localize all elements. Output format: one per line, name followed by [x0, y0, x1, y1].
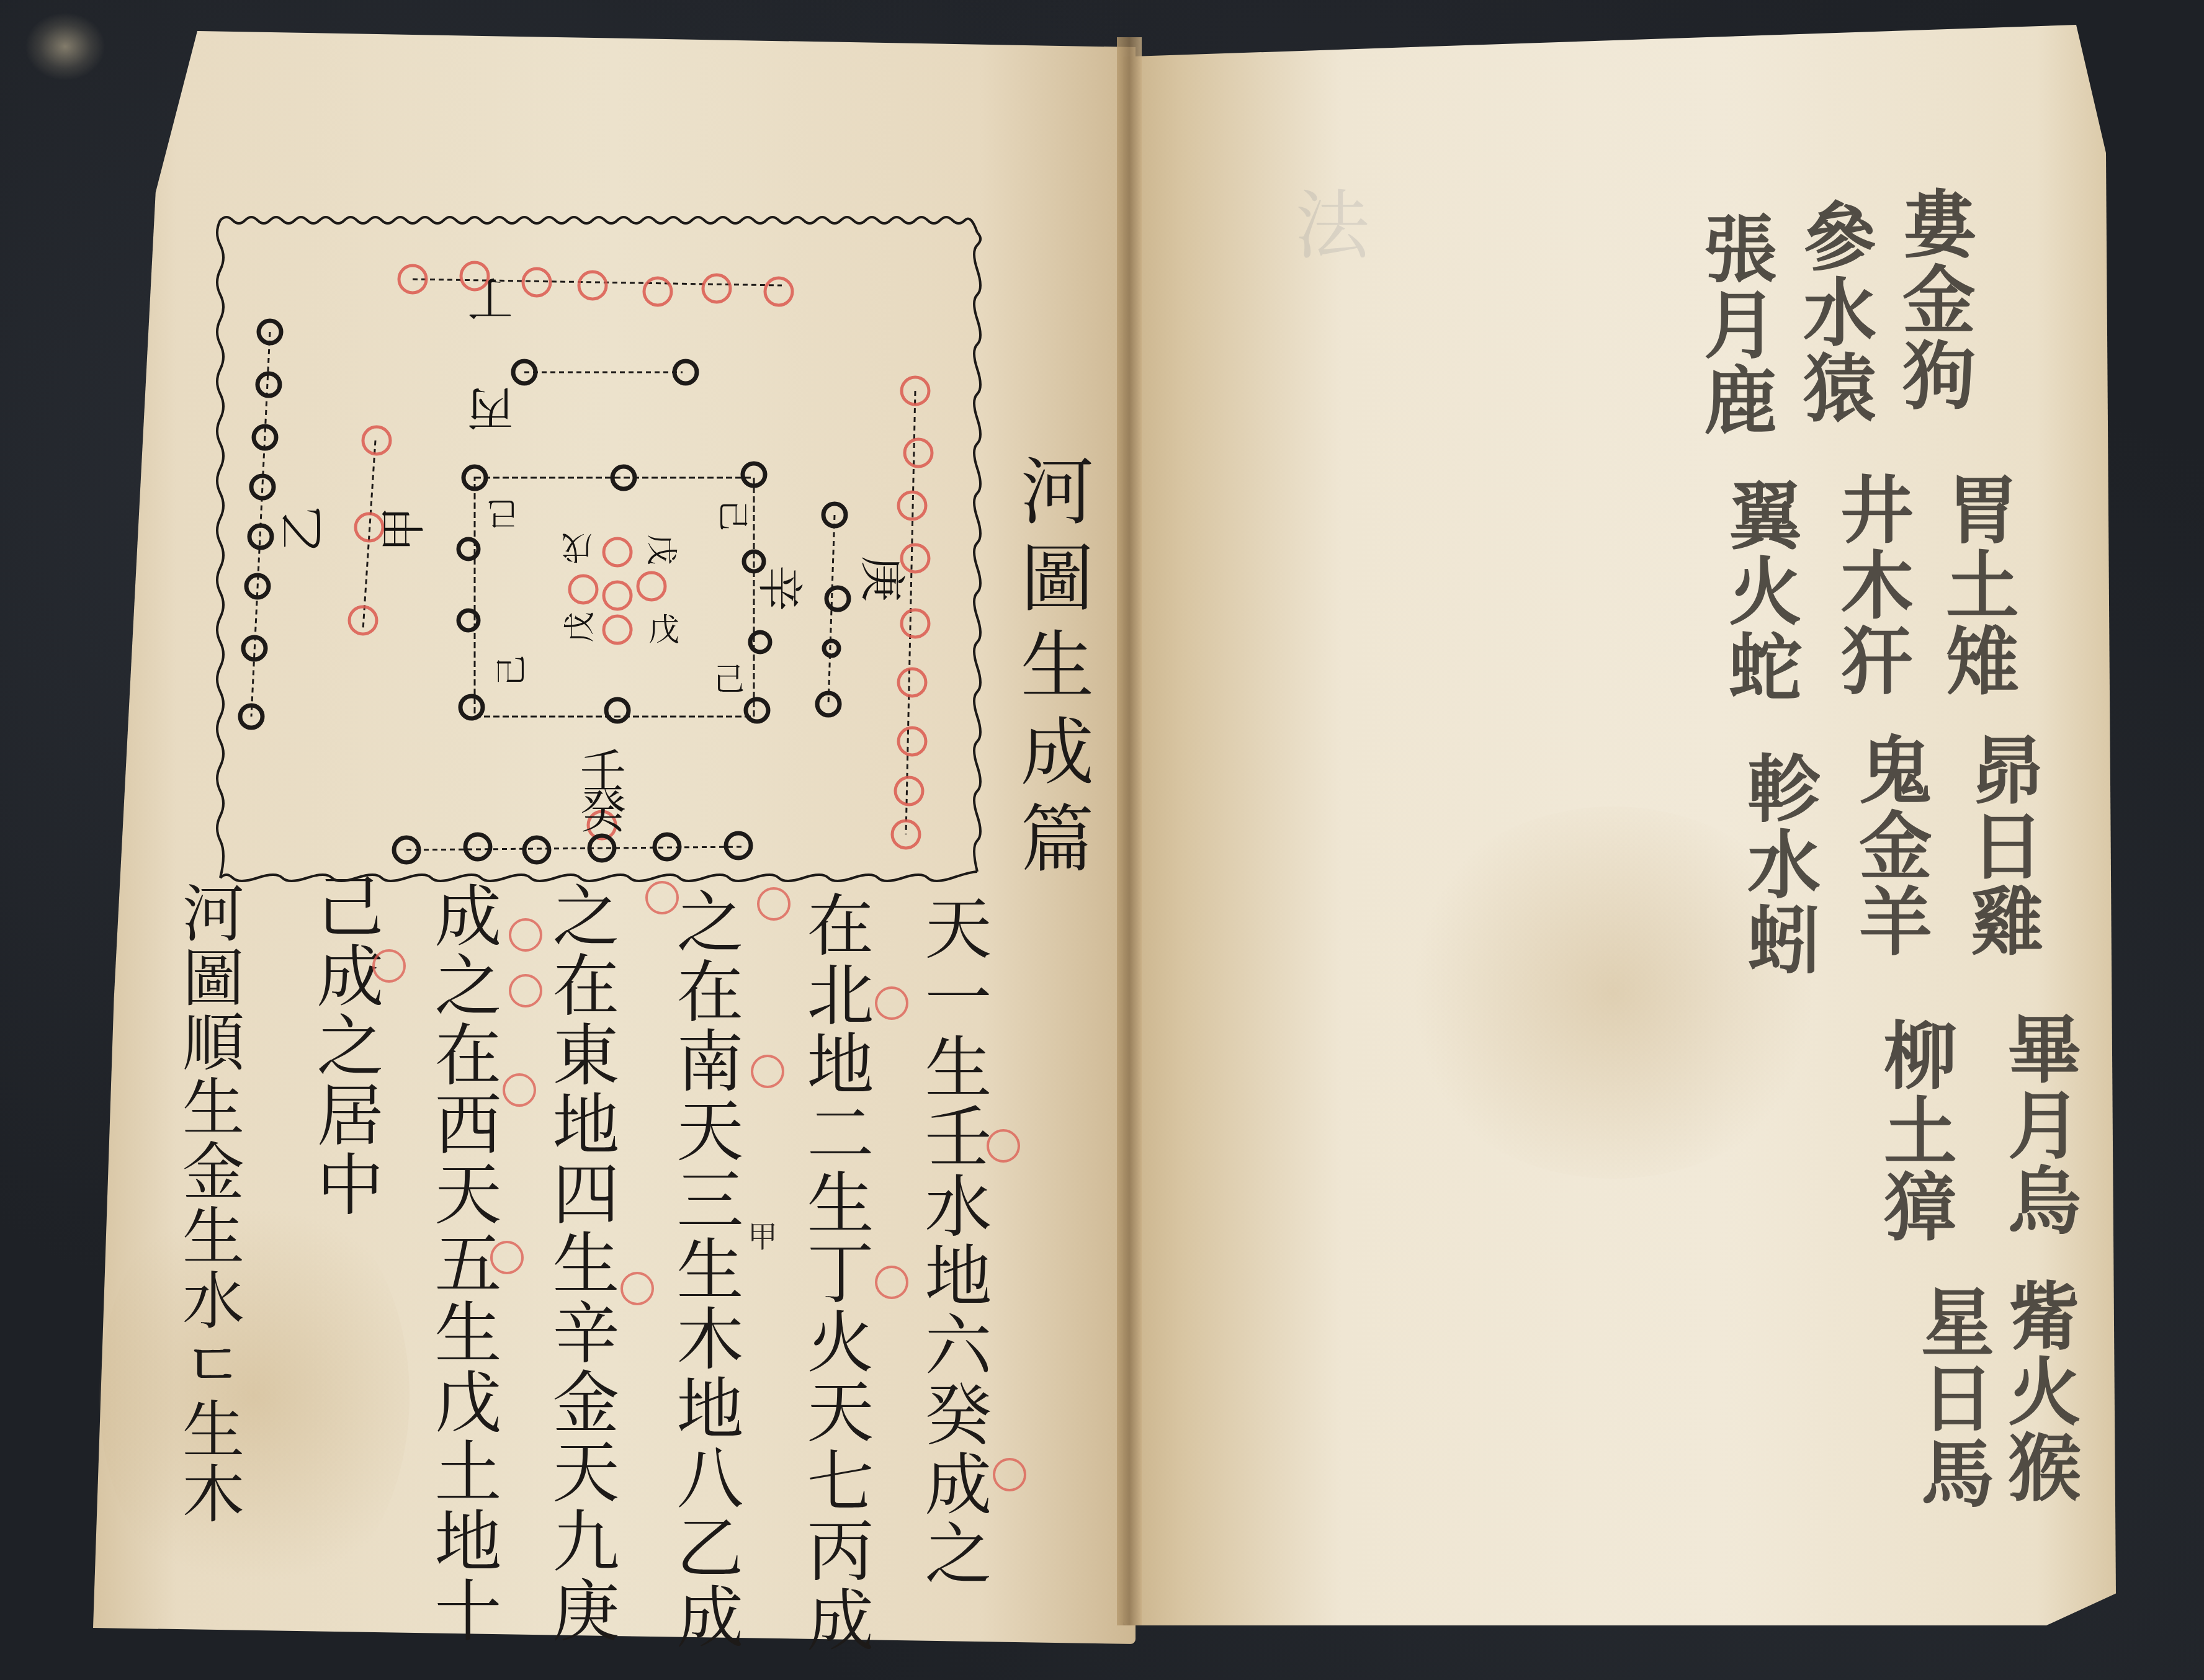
- label-center-wu-bottom: 戊: [648, 605, 679, 650]
- label-jia: 甲: [367, 506, 432, 552]
- annotation-jia: 甲: [748, 1213, 777, 1256]
- mansion-entry: 畢月烏: [1986, 1011, 2091, 1238]
- label-center-wu-top: 戊: [562, 527, 593, 572]
- red-mark: [757, 887, 791, 921]
- label-gui: 癸: [580, 775, 626, 841]
- label-center-wu-left: 戊: [555, 612, 599, 643]
- text-column-7: 河圖順生金生水ㄷ生木: [177, 881, 239, 1526]
- red-mark: [509, 918, 542, 952]
- red-mark: [503, 1073, 536, 1107]
- mansion-entry: 張月鹿: [1682, 211, 1787, 438]
- page-title: 河圖生成篇: [1015, 453, 1088, 887]
- red-mark: [509, 974, 542, 1008]
- mansion-entry: 軫水蚓: [1725, 751, 1830, 978]
- label-ji-br: 己: [714, 655, 745, 699]
- mansion-entry: 柳土獐: [1861, 1017, 1967, 1244]
- text-column-5: 成之在西天五生戊土地十: [428, 881, 495, 1645]
- hetu-diagram: 丁 丙 庚 辛 壬 癸 乙 甲 戊 戊 戊 戊 己 己 己 己: [214, 214, 990, 887]
- mansion-entry: 翼火蛇: [1706, 478, 1812, 705]
- book-gutter: [1117, 37, 1142, 1625]
- label-ding: 丁: [467, 269, 513, 334]
- red-mark: [372, 949, 406, 983]
- text-column-3: 之在南天三生木地八乙成: [670, 887, 737, 1651]
- mansion-entry: 參水猿: [1781, 199, 1886, 426]
- mansion-entry: 星日馬: [1899, 1284, 2004, 1511]
- red-mark: [987, 1129, 1020, 1163]
- label-ji-tl: 己: [487, 493, 518, 538]
- label-geng: 庚: [853, 556, 918, 602]
- mansion-entry: 鬼金羊: [1837, 732, 1942, 959]
- text-column-1: 天一生壬水地六癸成之: [918, 893, 985, 1588]
- label-center-wu-right: 戊: [642, 534, 686, 565]
- text-column-4: 之在東地四生辛金天九庚: [546, 881, 613, 1645]
- red-mark: [993, 1458, 1026, 1491]
- label-yi: 乙: [266, 506, 332, 552]
- red-mark: [875, 1266, 908, 1299]
- text-column-2: 在北地二生丁火天七丙成: [800, 890, 867, 1655]
- mansion-entry: 井木犴: [1818, 471, 1924, 699]
- bleed-through-text: 法: [1272, 186, 1379, 534]
- paper-stain: [99, 1179, 410, 1613]
- label-ji-tr: 己: [713, 500, 758, 531]
- red-mark: [875, 986, 908, 1020]
- mansion-entry: 胃土雉: [1924, 471, 2029, 699]
- red-mark: [751, 1055, 784, 1088]
- label-ji-bl: 己: [486, 655, 531, 686]
- mansion-entry: 婁金狗: [1880, 186, 1986, 413]
- background-fiber: [25, 12, 105, 81]
- bleed-through-text: [1396, 248, 1503, 596]
- red-mark: [620, 1272, 654, 1305]
- red-mark: [645, 881, 679, 914]
- red-mark: [490, 1241, 524, 1274]
- text-column-6: 己成之居中: [310, 872, 377, 1219]
- mansion-entry: 昴日雞: [1948, 732, 2054, 959]
- label-bing: 丙: [467, 378, 513, 444]
- label-xin: 辛: [750, 565, 816, 611]
